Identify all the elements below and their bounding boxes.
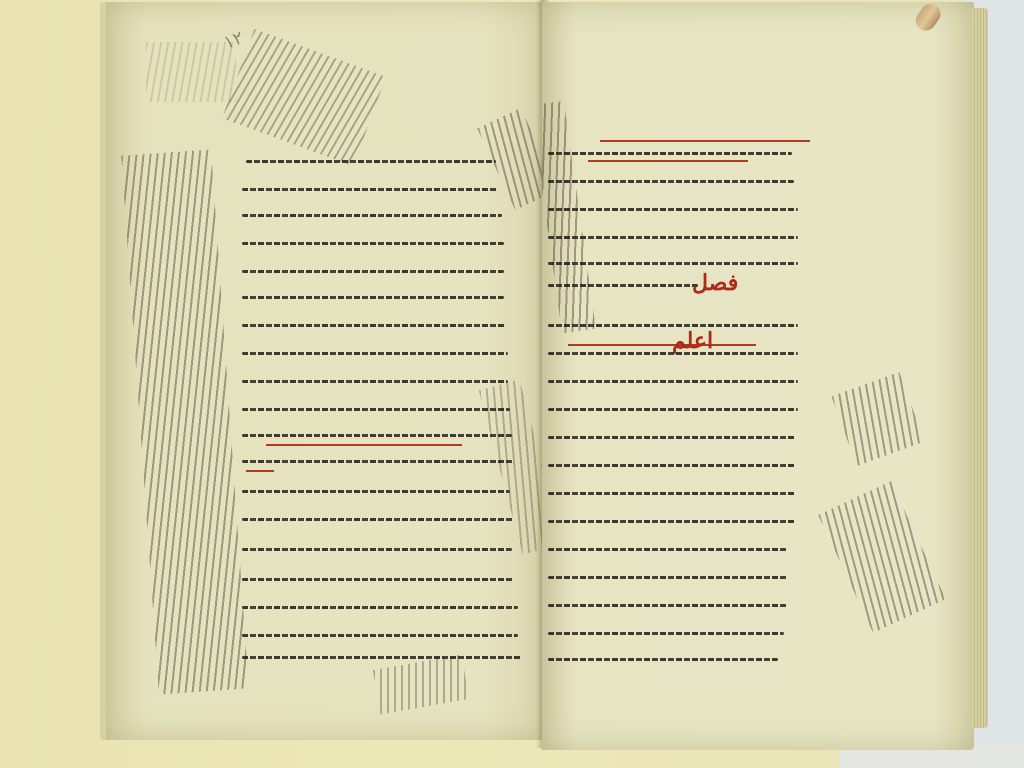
left-page: ١٢ [100, 2, 550, 740]
red-rule-right-3 [568, 344, 756, 346]
heading-ilam: اعلم [672, 328, 713, 354]
right-page: فصل اعلم [542, 2, 974, 750]
margin-note-bottom [373, 655, 469, 715]
margin-note-right-lower [818, 481, 945, 633]
red-rule-right-1 [600, 140, 810, 142]
margin-note-right-gutter [542, 101, 596, 333]
margin-note-right-upper [832, 372, 925, 466]
margin-note-top-dark [222, 29, 386, 166]
margin-note-top [146, 42, 236, 102]
heading-fasl: فصل [692, 270, 738, 296]
red-rule-left-1 [266, 444, 462, 446]
margin-note-left [121, 150, 248, 695]
red-rule-left-2 [246, 470, 274, 472]
page-edges [972, 8, 988, 728]
red-rule-right-2 [588, 160, 748, 162]
